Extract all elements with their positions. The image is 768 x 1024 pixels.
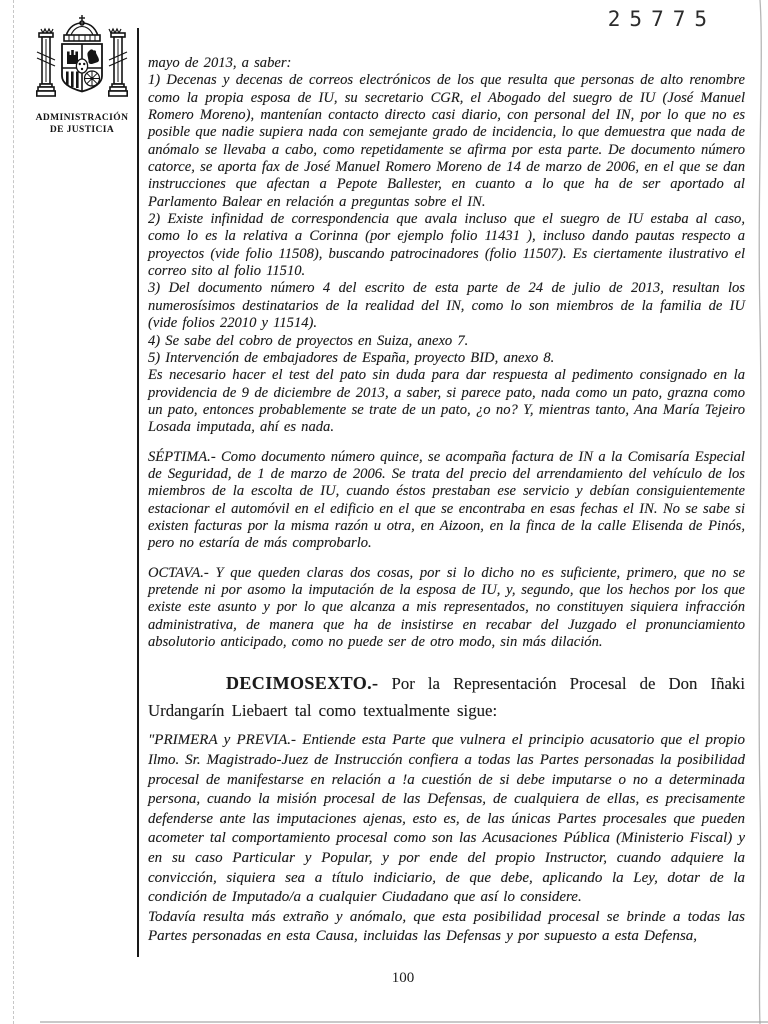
spain-coat-of-arms-icon (36, 14, 128, 110)
org-name-line1: ADMINISTRACIÓN (28, 112, 136, 124)
section-heading-number: DECIMOSEXTO.- (226, 673, 378, 693)
margin-separator-rule (137, 28, 139, 957)
scanned-court-document-page: 25775 (0, 0, 768, 1024)
quote-paragraph-todavia: Todavía resulta más extraño y anómalo, q… (148, 908, 745, 947)
org-name: ADMINISTRACIÓN DE JUSTICIA (28, 112, 136, 136)
section-heading-decimosexto: DECIMOSEXTO.- Por la Representación Proc… (148, 670, 745, 724)
body-paragraph-item3: 3) Del documento número 4 del escrito de… (148, 280, 745, 332)
body-paragraph-duck-test: Es necesario hacer el test del pato sin … (148, 367, 745, 436)
body-paragraph-septima: SÉPTIMA.- Como documento número quince, … (148, 449, 745, 553)
quote-paragraph-primera: "PRIMERA y PREVIA.- Entiende esta Parte … (148, 731, 745, 907)
body-paragraph-item4: 4) Se sabe del cobro de proyectos en Sui… (148, 333, 745, 350)
scan-edge-right (748, 0, 768, 1024)
body-paragraph-item5: 5) Intervención de embajadores de España… (148, 350, 745, 367)
body-paragraph-octava: OCTAVA.- Y que queden claras dos cosas, … (148, 565, 745, 652)
folio-stamp-number: 25775 (608, 7, 716, 31)
scan-edge-bottom (40, 1021, 768, 1023)
body-paragraph-intro: mayo de 2013, a saber: (148, 55, 745, 72)
scan-edge-left (13, 0, 14, 1024)
body-paragraph-item1: 1) Decenas y decenas de correos electrón… (148, 72, 745, 211)
document-margin-column: ADMINISTRACIÓN DE JUSTICIA (28, 14, 136, 136)
document-body: mayo de 2013, a saber: 1) Decenas y dece… (148, 55, 745, 947)
body-paragraph-item2: 2) Existe infinidad de correspondencia q… (148, 211, 745, 280)
org-name-line2: DE JUSTICIA (28, 124, 136, 136)
footer-page-number: 100 (148, 970, 658, 987)
